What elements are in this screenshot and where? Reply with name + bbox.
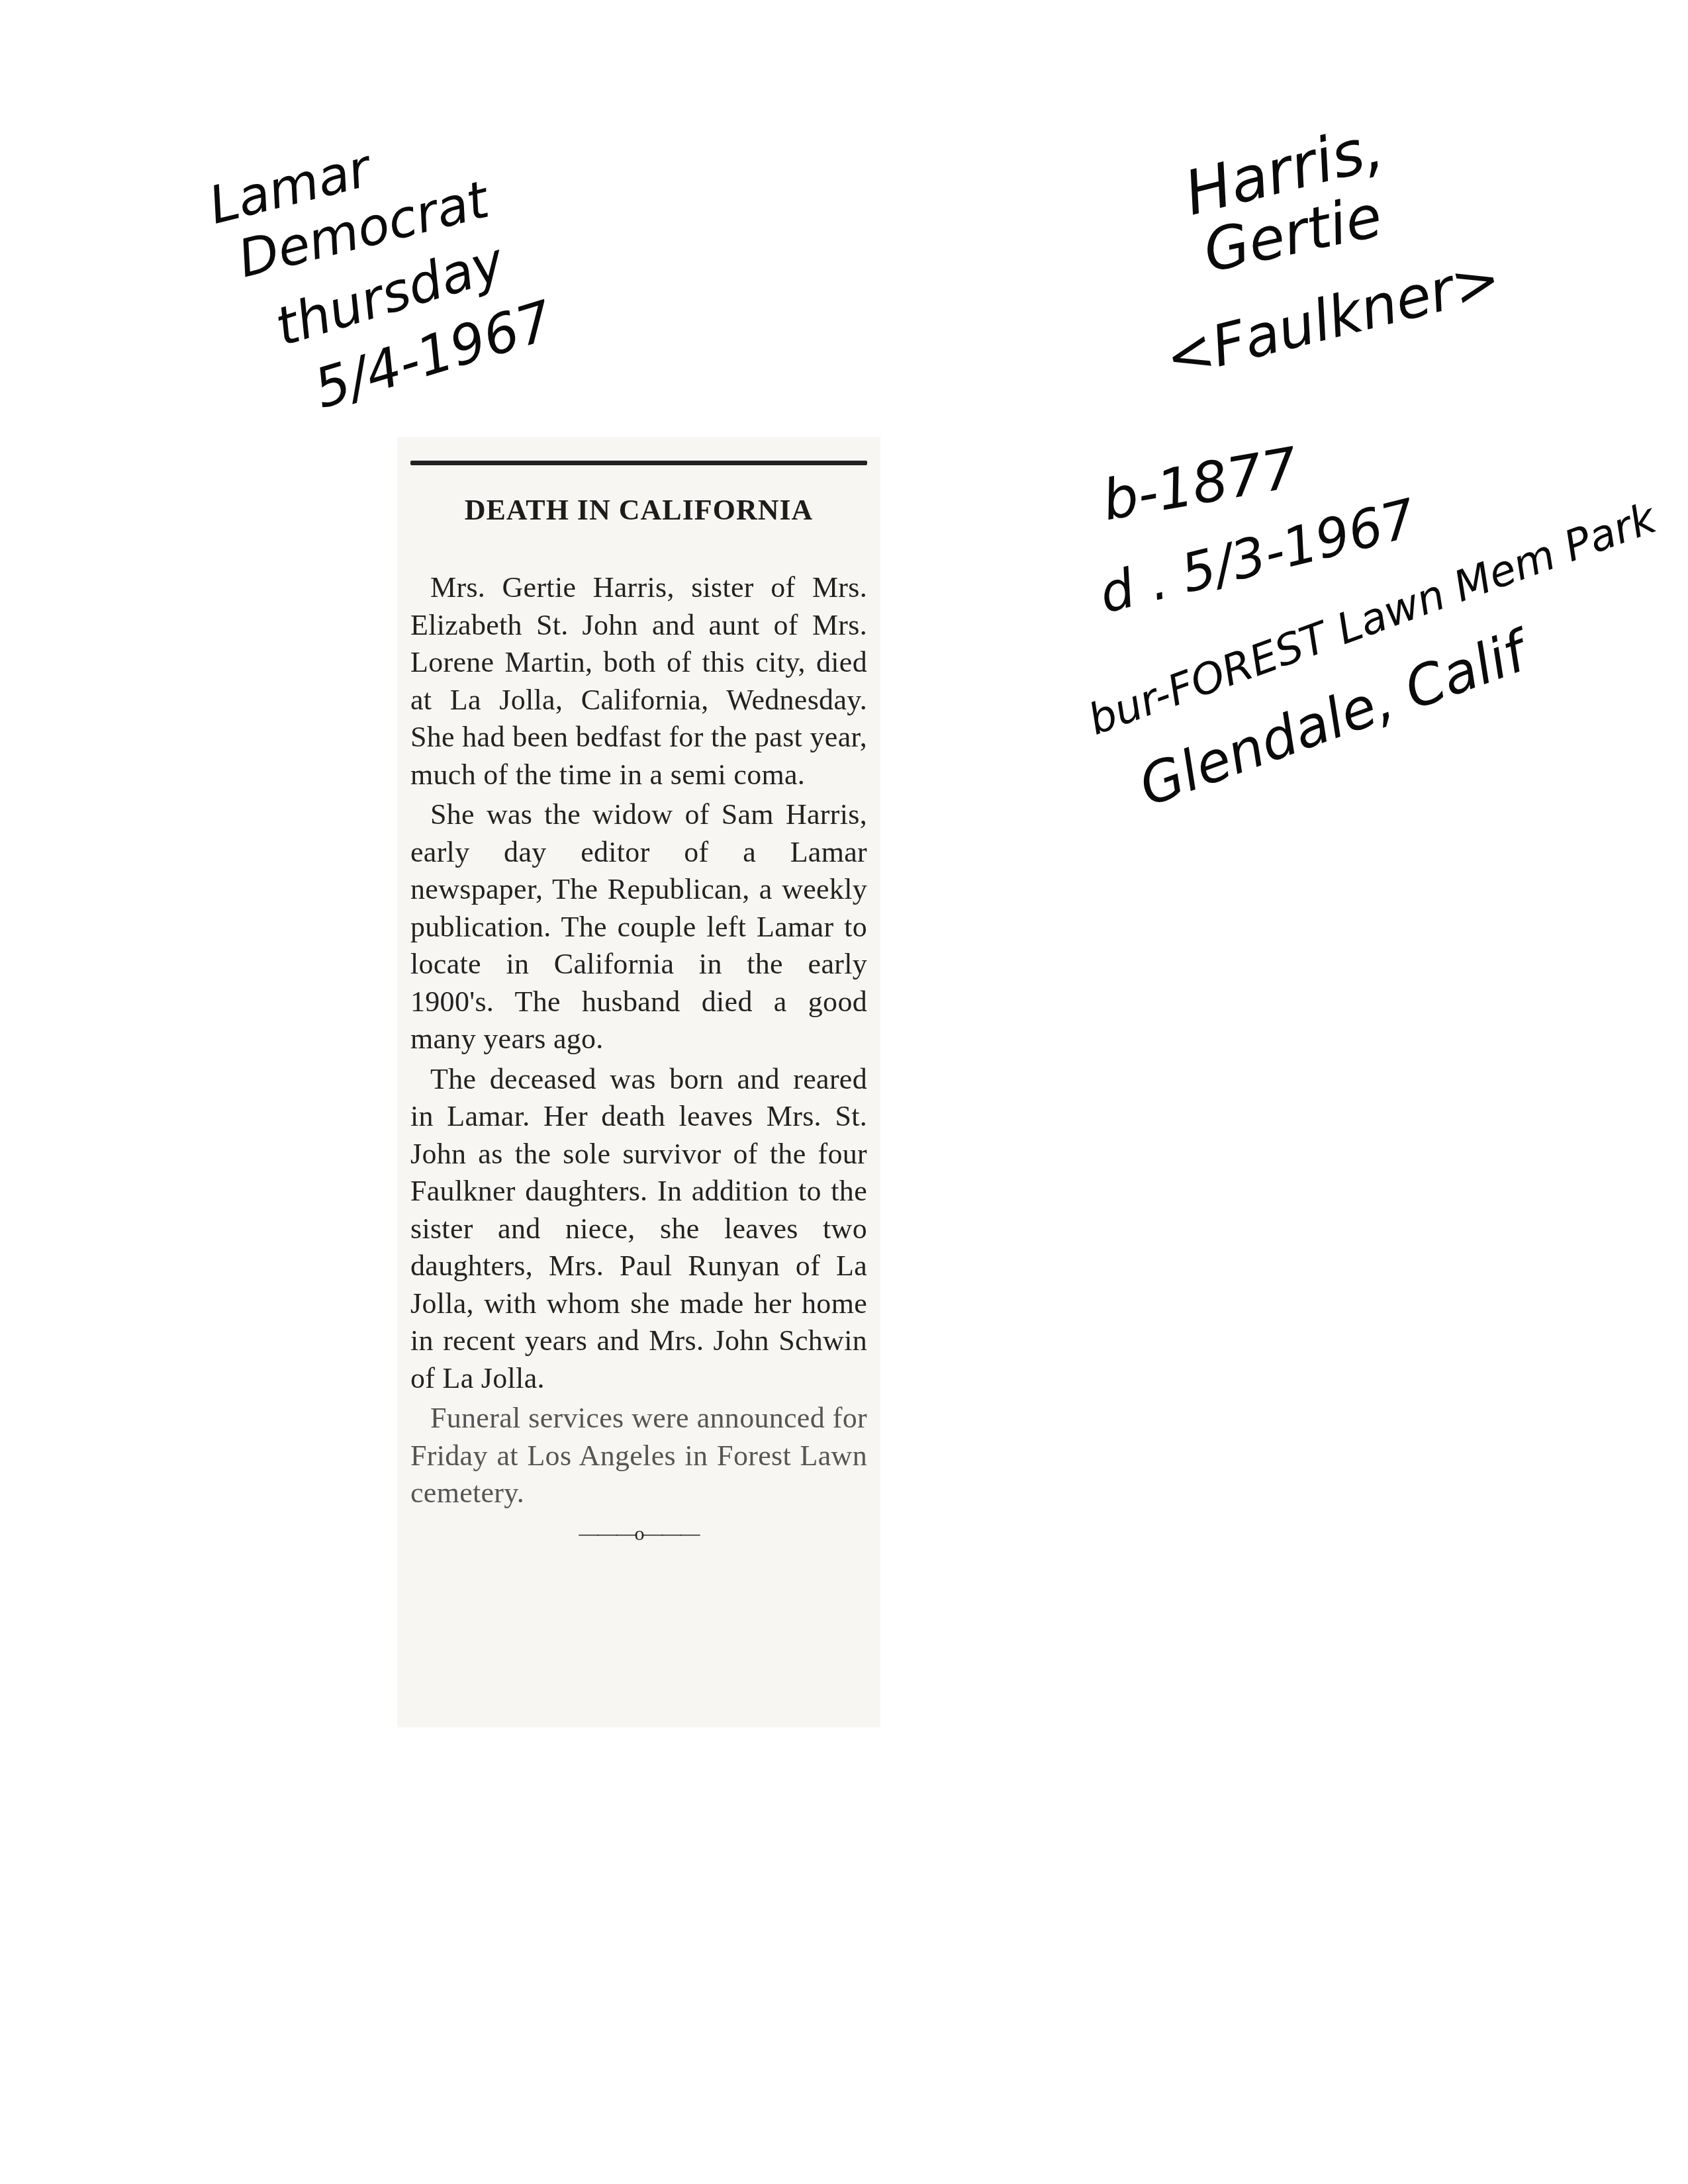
newspaper-clipping: DEATH IN CALIFORNIA Mrs. Gertie Harris, … [397, 437, 880, 1727]
paragraph: The deceased was born and reared in Lama… [410, 1061, 867, 1398]
handwritten-name-note: Harris, Gertie <Faulkner> [1162, 126, 1504, 347]
paragraph: Funeral services were announced for Frid… [410, 1400, 867, 1512]
paragraph: Mrs. Gertie Harris, sister of Mrs. Eliza… [410, 569, 867, 794]
handwritten-vitals-note: b-1877 d . 5/3-1967 bur-FOREST Lawn Mem … [1072, 424, 1672, 723]
end-mark: ———o——— [410, 1523, 867, 1545]
top-rule [410, 461, 867, 465]
headline: DEATH IN CALIFORNIA [410, 493, 867, 527]
handwritten-source-note: Lamar Democrat thursday 5/4-1967 [199, 139, 556, 383]
paragraph: She was the widow of Sam Harris, early d… [410, 796, 867, 1058]
